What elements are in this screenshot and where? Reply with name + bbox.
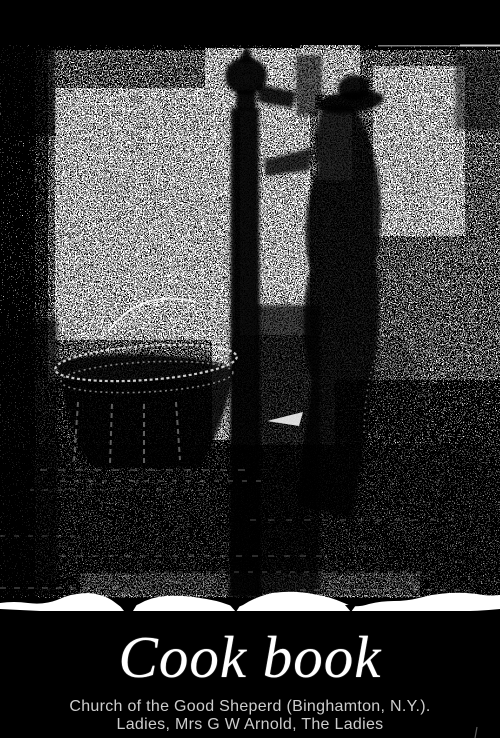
- byline-line-1: Church of the Good Sheperd (Binghamton, …: [0, 698, 500, 716]
- book-byline: Church of the Good Sheperd (Binghamton, …: [0, 698, 500, 733]
- byline-line-2: Ladies, Mrs G W Arnold, The Ladies: [0, 716, 500, 734]
- book-title: Cook book: [0, 626, 500, 688]
- book-cover: Cook book Church of the Good Sheperd (Bi…: [0, 0, 500, 738]
